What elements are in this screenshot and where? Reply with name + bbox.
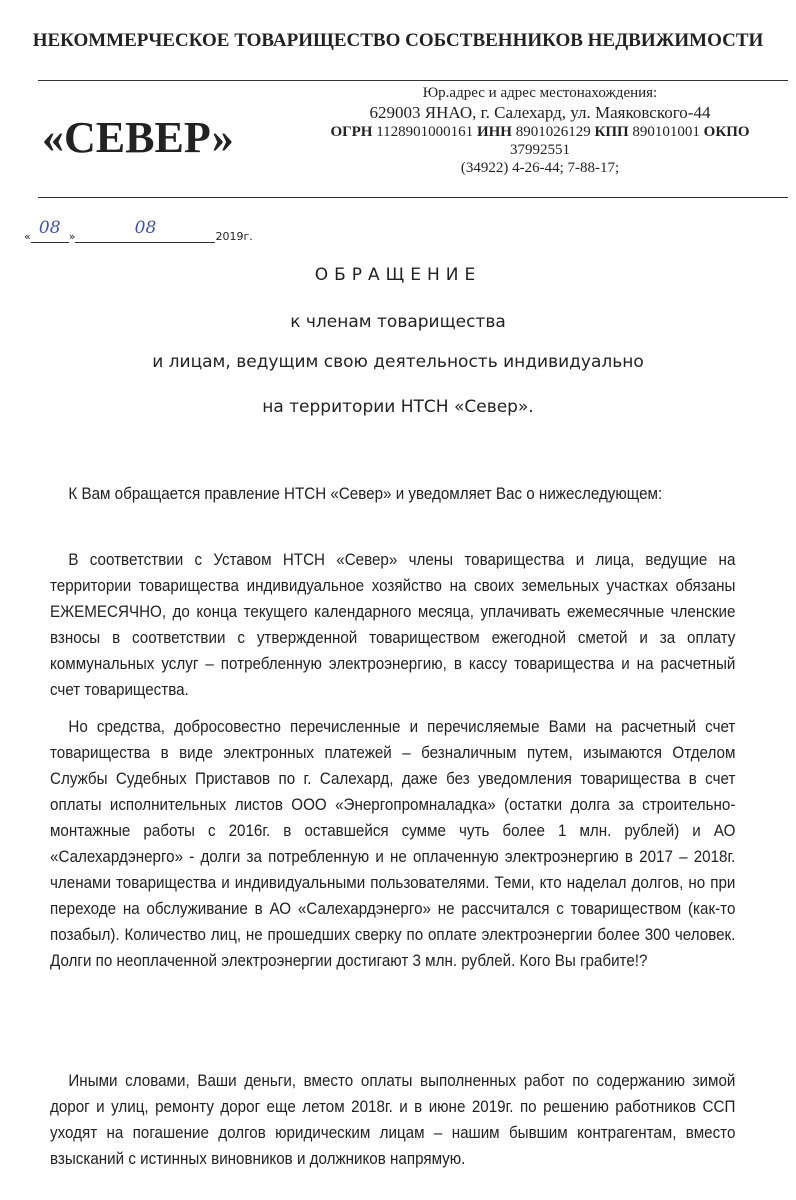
ogrn-value: 1128901000161 <box>376 124 473 140</box>
addressee-line-2: и лицам, ведущим свою деятельность индив… <box>0 352 796 372</box>
address-block: Юр.адрес и адрес местонахождения: 629003… <box>290 84 790 177</box>
date-day: 08 <box>31 222 69 243</box>
handwritten-day: 08 <box>39 218 61 238</box>
kpp-value: 890101001 <box>632 124 700 140</box>
date-quote-open: « <box>24 230 31 243</box>
addressee-line-1: к членам товарищества <box>0 312 796 332</box>
ogrn-label: ОГРН <box>330 124 372 140</box>
addressee-line-3: на территории НТСН «Север». <box>0 397 796 417</box>
date-month: 08 <box>75 222 215 243</box>
document-date: «08»082019г. <box>24 222 253 243</box>
address-label: Юр.адрес и адрес местонахождения: <box>290 84 790 102</box>
registration-ids: ОГРН 1128901000161 ИНН 8901026129 КПП 89… <box>290 123 790 141</box>
header-divider-top <box>38 80 788 81</box>
inn-label: ИНН <box>477 124 512 140</box>
document-title: ОБРАЩЕНИЕ <box>0 265 796 285</box>
paragraph-conclusion: Иными словами, Ваши деньги, вместо оплат… <box>50 1068 735 1172</box>
organization-full-name: НЕКОММЕРЧЕСКОЕ ТОВАРИЩЕСТВО СОБСТВЕННИКО… <box>0 30 796 52</box>
paragraph-obligations: В соответствии с Уставом НТСН «Север» чл… <box>50 547 735 703</box>
paragraph-debts: Но средства, добросовестно перечисленные… <box>50 714 735 974</box>
okpo-label: ОКПО <box>704 124 750 140</box>
inn-value: 8901026129 <box>516 124 591 140</box>
date-year: 2019г. <box>215 230 252 243</box>
phones: (34922) 4-26-44; 7-88-17; <box>290 159 790 177</box>
handwritten-month: 08 <box>135 218 157 238</box>
brand-name: «СЕВЕР» <box>42 112 234 163</box>
okpo-value: 37992551 <box>290 141 790 159</box>
kpp-label: КПП <box>594 124 628 140</box>
date-quote-close: » <box>69 230 76 243</box>
header-divider-bottom <box>38 197 788 198</box>
paragraph-intro: К Вам обращается правление НТСН «Север» … <box>50 481 735 507</box>
address: 629003 ЯНАО, г. Салехард, ул. Маяковског… <box>290 102 790 123</box>
